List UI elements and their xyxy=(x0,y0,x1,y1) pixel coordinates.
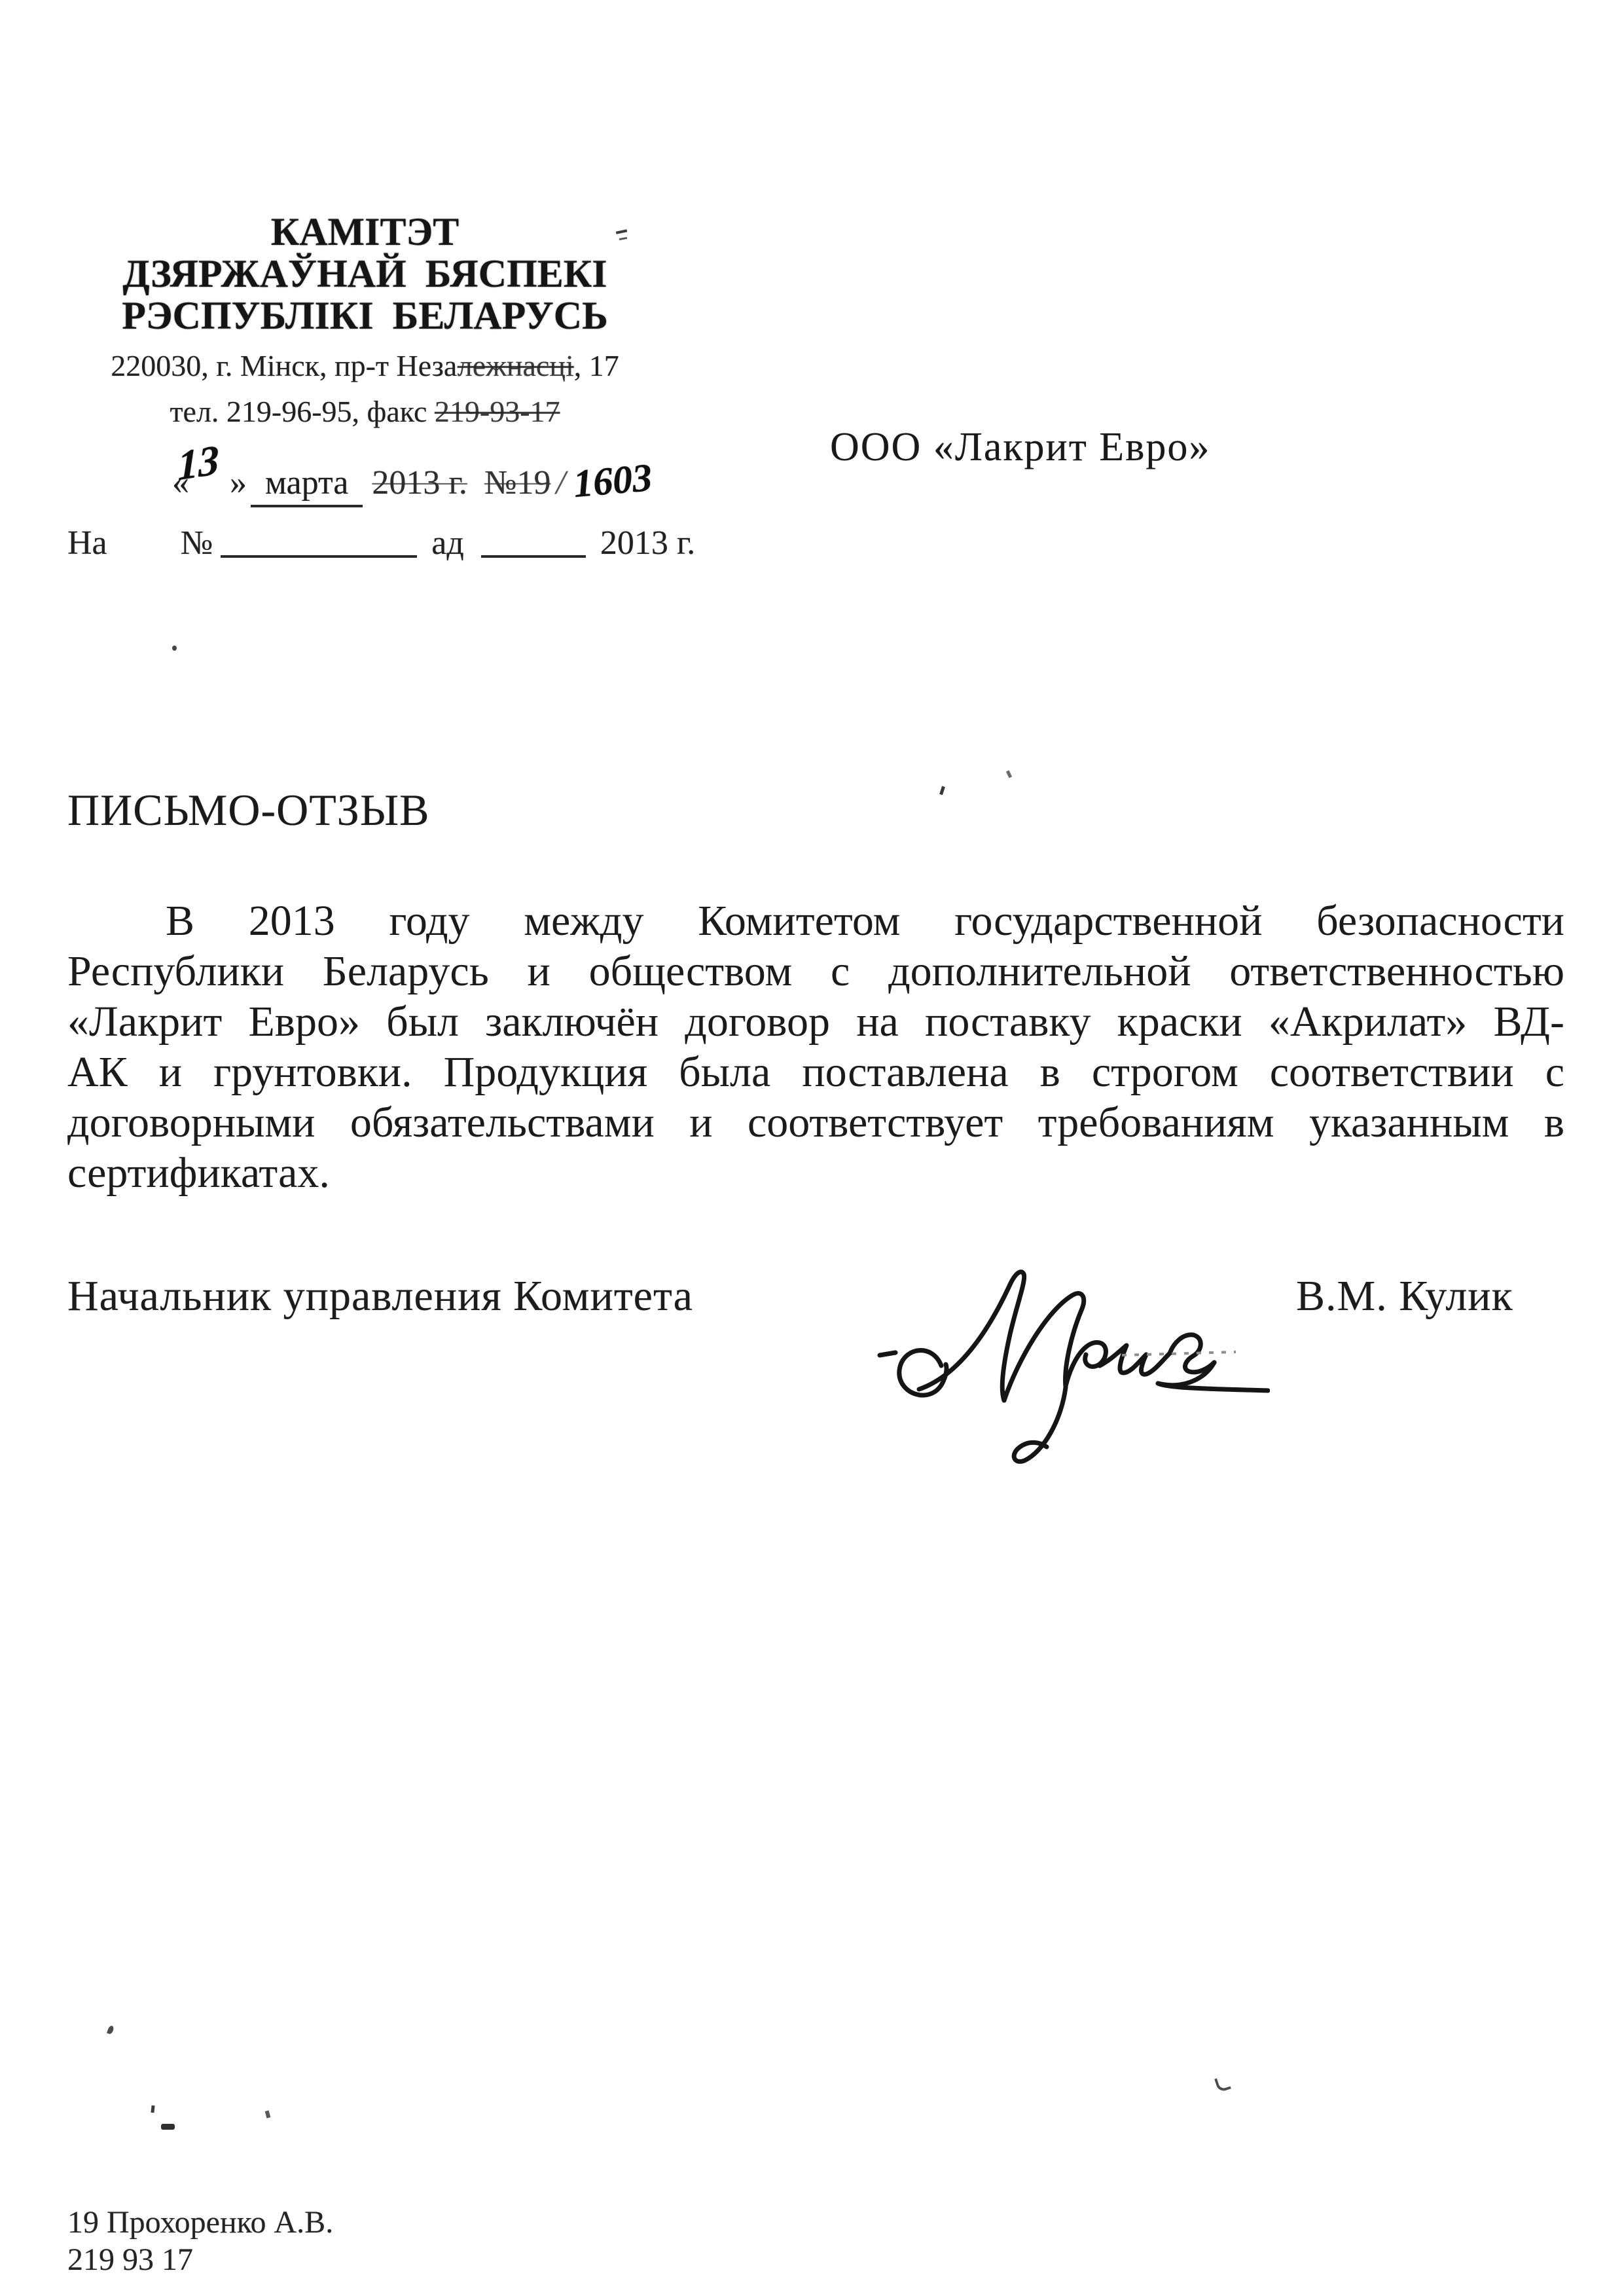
body-line: В 2013 году между Комитетом государствен… xyxy=(67,896,1564,946)
scan-speckle xyxy=(939,786,945,795)
scan-speckle xyxy=(107,2025,115,2035)
reference-line: На№ад2013 г. xyxy=(67,524,695,562)
date-number-line: «13»марта2013 г.№19/1603 xyxy=(172,458,652,517)
org-address: 220030, г. Мінск, пр-т Незалежнасці, 17 xyxy=(65,347,664,385)
scan-speckle xyxy=(161,2124,175,2130)
org-address-suffix: , 17 xyxy=(574,349,619,382)
reference-number-blank xyxy=(221,549,417,558)
reference-year: 2013 г. xyxy=(600,524,695,562)
handwritten-registration-number: 1603 xyxy=(571,455,654,507)
org-phone-fax: тел. 219-96-95, факс 219-93-17 xyxy=(65,393,664,431)
body-line: Республики Беларусь и обществом с дополн… xyxy=(67,946,1564,996)
org-address-prefix: 220030, г. Мінск, пр-т Неза xyxy=(111,349,457,382)
org-name-line2: ДЗЯРЖАЎНАЙ БЯСПЕКІ xyxy=(65,253,664,295)
reference-date-blank xyxy=(481,549,586,558)
signer-position-title: Начальник управления Комитета xyxy=(67,1271,693,1321)
scan-speckle xyxy=(151,2105,154,2113)
letterhead: КАМІТЭТ ДЗЯРЖАЎНАЙ БЯСПЕКІ РЭСПУБЛІКІ БЕ… xyxy=(65,211,664,431)
scan-speckle xyxy=(1006,770,1012,778)
signer-name: В.М. Кулик xyxy=(1296,1271,1513,1321)
scanned-letter-page: КАМІТЭТ ДЗЯРЖАЎНАЙ БЯСПЕКІ РЭСПУБЛІКІ БЕ… xyxy=(0,0,1624,2296)
close-quote: » xyxy=(230,464,247,501)
reference-prefix: На xyxy=(67,524,107,562)
footer-phone: 219 93 17 xyxy=(67,2241,333,2278)
org-fax-struck: 219-93-17 xyxy=(435,395,560,428)
scan-speckle xyxy=(265,2110,271,2118)
date-year: 2013 г. xyxy=(372,464,467,501)
body-line: «Лакрит Евро» был заключён договор на по… xyxy=(67,996,1564,1047)
reference-from-word: ад xyxy=(431,524,464,562)
scan-speckle xyxy=(1214,2075,1231,2092)
footer-executor: 19 Прохоренко А.В. xyxy=(67,2204,333,2241)
document-title: ПИСЬМО-ОТЗЫВ xyxy=(67,784,429,836)
org-name-line3: РЭСПУБЛІКІ БЕЛАРУСЬ xyxy=(65,295,664,337)
handwritten-signature xyxy=(877,1269,1270,1465)
org-address-struck: лежнасці xyxy=(458,349,574,382)
body-line: сертификатах. xyxy=(67,1148,1564,1198)
number-slash: / xyxy=(556,464,565,501)
handwritten-day: 13 xyxy=(177,435,220,491)
reference-number-sign: № xyxy=(181,524,213,562)
body-line: договорными обязательствами и соответств… xyxy=(67,1097,1564,1148)
org-name-line1: КАМІТЭТ xyxy=(65,211,664,253)
scan-speckle xyxy=(172,646,177,651)
body-line: АК и грунтовки. Продукция была поставлен… xyxy=(67,1047,1564,1097)
month-underlined: марта xyxy=(251,464,363,507)
footer-executor-block: 19 Прохоренко А.В. 219 93 17 xyxy=(67,2204,333,2278)
org-phone-prefix: тел. 219-96-95, факс xyxy=(170,395,434,428)
recipient-name: ООО «Лакрит Евро» xyxy=(830,424,1210,471)
body-paragraph: В 2013 году между Комитетом государствен… xyxy=(67,896,1564,1198)
outgoing-number: №19 xyxy=(484,464,551,501)
